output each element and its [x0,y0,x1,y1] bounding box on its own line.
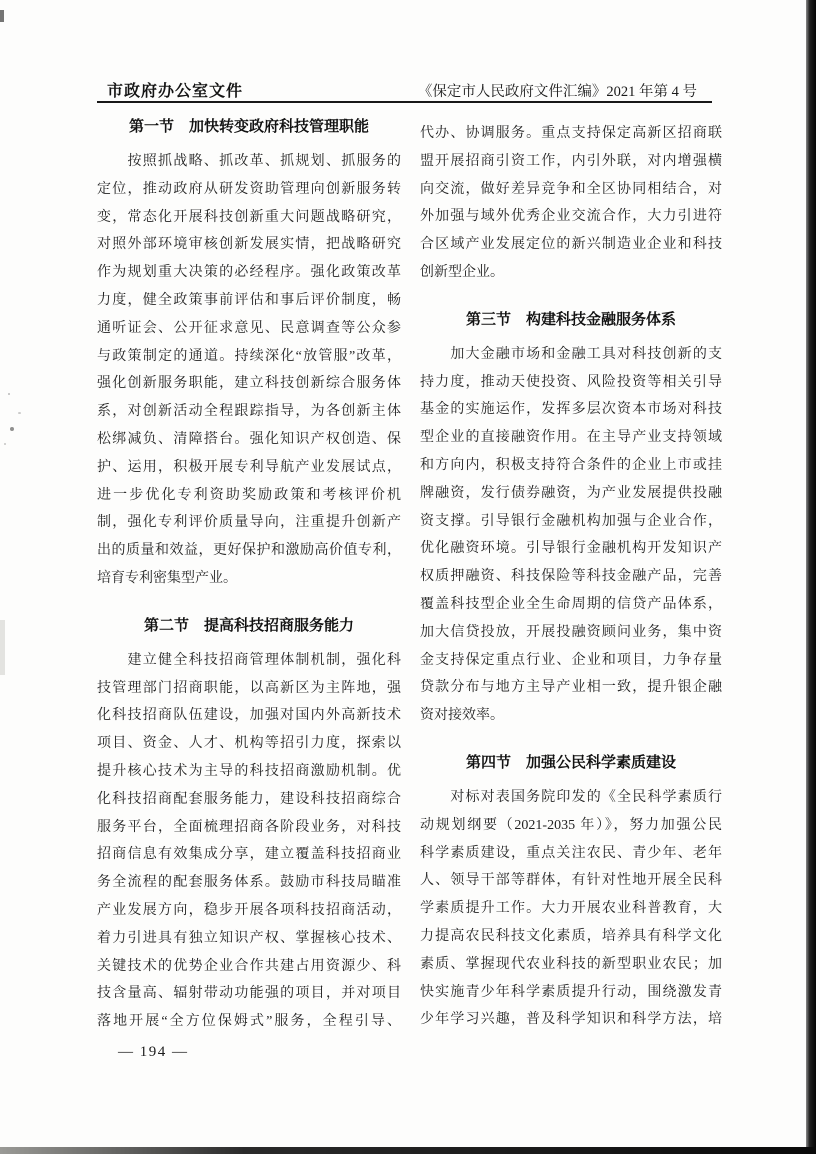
text-line: 建立健全科技招商管理体制机制，强化科 [97,647,401,675]
text-line: 基金的实施运作，发挥多层次资本市场对科技 [420,396,722,424]
right-text-column: 代办、协调服务。重点支持保定高新区招商联盟开展招商引资工作，内引外联，对内增强横… [420,108,722,1034]
text-line: 技含量高、辐射带动功能强的项目，并对项目 [97,980,401,1008]
text-line: 素质、掌握现代农业科技的新型职业农民；加 [420,951,722,979]
text-line: 着力引进具有独立知识产权、掌握核心技术、 [97,925,401,953]
text-line: 加大金融市场和金融工具对科技创新的支 [420,341,722,369]
text-line: 持力度，推动天使投资、风险投资等相关引导 [420,369,722,397]
text-line: 强化创新服务职能，建立科技创新综合服务体 [97,370,401,398]
section-heading: 第一节 加快转变政府科技管理职能 [97,112,401,142]
text-line: 资对接效率。 [420,702,722,730]
paragraph: 加大金融市场和金融工具对科技创新的支持力度，推动天使投资、风险投资等相关引导基金… [420,341,722,730]
text-line: 创新型企业。 [420,259,722,287]
text-line: 系，对创新活动全程跟踪指导，为各创新主体 [97,398,401,426]
text-line: 对照外部环境审核创新发展实情，把战略研究 [97,231,401,259]
text-line: 通听证会、公开征求意见、民意调查等公众参 [97,315,401,343]
text-line: 提升核心技术为主导的科技招商激励机制。优 [97,758,401,786]
text-line: 服务平台，全面梳理招商各阶段业务，对科技 [97,814,401,842]
text-line: 松绑减负、清障搭台。强化知识产权创造、保 [97,426,401,454]
section-heading: 第三节 构建科技金融服务体系 [420,305,722,335]
text-line: 制，强化专利评价质量导向，注重提升创新产 [97,509,401,537]
text-line: 优化融资环境。引导银行金融机构开发知识产 [420,535,722,563]
text-line: 型企业的直接融资作用。在主导产业支持领域 [420,424,722,452]
text-line: 进一步优化专利资助奖励政策和考核评价机 [97,482,401,510]
text-line: 产业发展方向，稳步开展各项科技招商活动， [97,897,401,925]
text-line: 金支持保定重点行业、企业和项目，力争存量 [420,647,722,675]
text-line: 护、运用，积极开展专利导航产业发展试点， [97,454,401,482]
document-page: 市政府办公室文件 《保定市人民政府文件汇编》2021 年第 4 号 第一节 加快… [0,0,816,1154]
text-line: 代办、协调服务。重点支持保定高新区招商联 [420,120,722,148]
text-line: 定位，推动政府从研发资助管理向创新服务转 [97,176,401,204]
section-heading: 第四节 加强公民科学素质建设 [420,748,722,778]
text-line: 人、领导干部等群体，有针对性地开展全民科 [420,867,722,895]
text-line: 化科技招商队伍建设，加强对国内外高新技术 [97,702,401,730]
paragraph: 代办、协调服务。重点支持保定高新区招商联盟开展招商引资工作，内引外联，对内增强横… [420,120,722,287]
text-line: 与政策制定的通道。持续深化“放管服”改革， [97,343,401,371]
scan-speck [10,427,14,431]
text-line: 关键技术的优势企业合作共建占用资源少、科 [97,953,401,981]
paragraph: 对标对表国务院印发的《全民科学素质行动规划纲要（2021-2035 年）》，努力… [420,784,722,1034]
text-line: 变，常态化开展科技创新重大问题战略研究， [97,204,401,232]
text-line: 和方向内，积极支持符合条件的企业上市或挂 [420,452,722,480]
paragraph: 按照抓战略、抓改革、抓规划、抓服务的定位，推动政府从研发资助管理向创新服务转变，… [97,148,401,593]
text-line: 快实施青少年科学素质提升行动，围绕激发青 [420,979,722,1007]
text-line: 对标对表国务院印发的《全民科学素质行 [420,784,722,812]
text-line: 项目、资金、人才、机构等招引力度，探索以 [97,730,401,758]
text-line: 按照抓战略、抓改革、抓规划、抓服务的 [97,148,401,176]
text-line: 培育专利密集型产业。 [97,565,401,593]
text-line: 盟开展招商引资工作，内引外联，对内增强横 [420,148,722,176]
scan-speck [18,412,21,414]
text-line: 加大信贷投放，开展投融资顾问业务，集中资 [420,619,722,647]
text-line: 科学素质建设，重点关注农民、青少年、老年 [420,840,722,868]
text-line: 务全流程的配套服务体系。鼓励市科技局瞄准 [97,869,401,897]
text-line: 出的质量和效益，更好保护和激励高价值专利， [97,537,401,565]
text-line: 招商信息有效集成分享，建立覆盖科技招商业 [97,841,401,869]
text-line: 覆盖科技型企业全生命周期的信贷产品体系， [420,591,722,619]
scan-speck [4,443,6,445]
text-line: 化科技招商配套服务能力，建设科技招商综合 [97,786,401,814]
left-text-column: 第一节 加快转变政府科技管理职能 按照抓战略、抓改革、抓规划、抓服务的定位，推动… [97,112,401,1036]
text-line: 学素质提升工作。大力开展农业科普教育，大 [420,895,722,923]
section-heading: 第二节 提高科技招商服务能力 [97,611,401,641]
text-line: 动规划纲要（2021-2035 年）》，努力加强公民 [420,812,722,840]
text-line: 牌融资，发行债券融资，为产业发展提供投融 [420,480,722,508]
paragraph: 建立健全科技招商管理体制机制，强化科技管理部门招商职能，以高新区为主阵地，强化科… [97,647,401,1036]
text-line: 落地开展“全方位保姆式”服务，全程引导、 [97,1008,401,1036]
header-left-title: 市政府办公室文件 [107,78,243,101]
page-number: — 194 — [118,1044,189,1061]
scan-edge-right [806,0,816,1154]
text-line: 权质押融资、科技保险等科技金融产品，完善 [420,563,722,591]
scan-corner-mark [0,10,4,22]
text-line: 技管理部门招商职能，以高新区为主阵地，强 [97,675,401,703]
text-line: 作为规划重大决策的必经程序。强化政策改革 [97,259,401,287]
header-right-title: 《保定市人民政府文件汇编》2021 年第 4 号 [380,80,697,101]
scan-edge-bottom [0,1147,816,1154]
text-line: 向交流，做好差异竞争和全区协同相结合，对 [420,176,722,204]
text-line: 合区域产业发展定位的新兴制造业企业和科技 [420,231,722,259]
text-line: 少年学习兴趣，普及科学知识和科学方法，培 [420,1006,722,1034]
text-line: 资支撑。引导银行金融机构加强与企业合作， [420,508,722,536]
scan-speck [8,393,10,395]
header-divider-rule [97,101,712,103]
text-line: 外加强与域外优秀企业交流合作，大力引进符 [420,203,722,231]
scan-smudge [0,620,5,675]
text-line: 贷款分布与地方主导产业相一致，提升银企融 [420,674,722,702]
text-line: 力提高农民科技文化素质，培养具有科学文化 [420,923,722,951]
text-line: 力度，健全政策事前评估和事后评价制度，畅 [97,287,401,315]
